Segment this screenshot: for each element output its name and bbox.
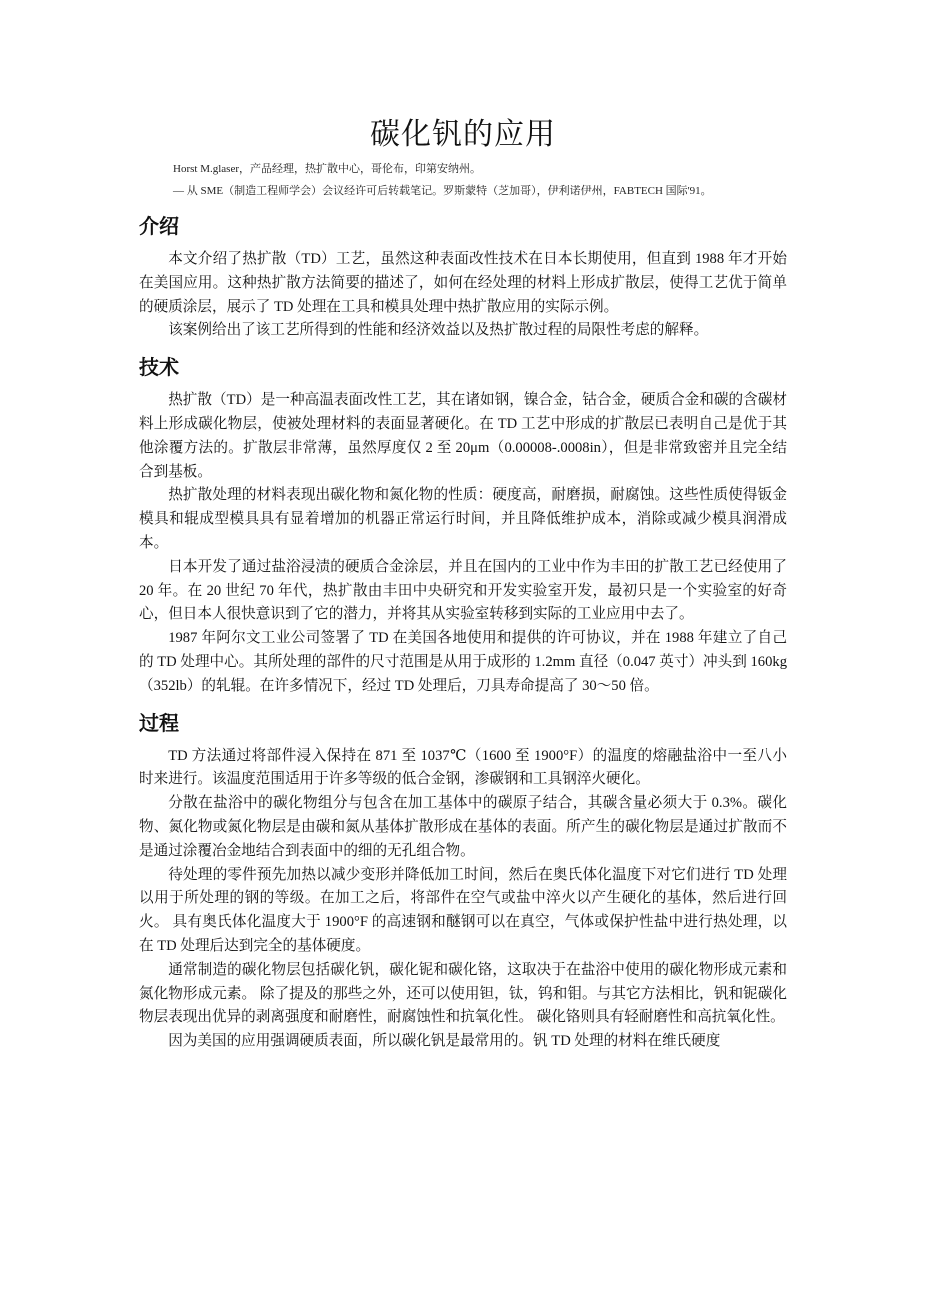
paragraph: 1987 年阿尔文工业公司签署了 TD 在美国各地使用和提供的许可协议，并在 1…	[139, 627, 787, 698]
paragraph: 日本开发了通过盐浴浸渍的硬质合金涂层，并且在国内的工业中作为丰田的扩散工艺已经使…	[139, 556, 787, 627]
paragraph: 热扩散处理的材料表现出碳化物和氮化物的性质：硬度高，耐磨损，耐腐蚀。这些性质使得…	[139, 484, 787, 555]
paragraph: 该案例给出了该工艺所得到的性能和经济效益以及热扩散过程的局限性考虑的解释。	[139, 319, 787, 343]
author-line: Horst M.glaser，产品经理，热扩散中心，哥伦布，印第安纳州。	[139, 158, 787, 180]
paragraph: 本文介绍了热扩散（TD）工艺，虽然这种表面改性技术在日本长期使用，但直到 198…	[139, 248, 787, 319]
paragraph: 因为美国的应用强调硬质表面，所以碳化钒是最常用的。钒 TD 处理的材料在维氏硬度	[139, 1030, 787, 1054]
source-note: — 从 SME（制造工程师学会）会议经许可后转载笔记。罗斯蒙特（芝加哥），伊利诺…	[139, 180, 787, 202]
paragraph: TD 方法通过将部件浸入保持在 871 至 1037℃（1600 至 1900°…	[139, 745, 787, 793]
section-technology: 技术 热扩散（TD）是一种高温表面改性工艺，其在诸如钢，镍合金，钴合金，硬质合金…	[139, 349, 787, 698]
paragraph: 分散在盐浴中的碳化物组分与包含在加工基体中的碳原子结合，其碳含量必须大于 0.3…	[139, 792, 787, 863]
document-page: 碳化钒的应用 Horst M.glaser，产品经理，热扩散中心，哥伦布，印第安…	[139, 112, 787, 1060]
document-title: 碳化钒的应用	[139, 112, 787, 158]
paragraph: 待处理的零件预先加热以减少变形并降低加工时间，然后在奥氏体化温度下对它们进行 T…	[139, 864, 787, 959]
paragraph: 热扩散（TD）是一种高温表面改性工艺，其在诸如钢，镍合金，钴合金，硬质合金和碳的…	[139, 389, 787, 484]
section-heading: 技术	[139, 349, 787, 385]
paragraph: 通常制造的碳化物层包括碳化钒，碳化铌和碳化铬，这取决于在盐浴中使用的碳化物形成元…	[139, 959, 787, 1030]
section-process: 过程 TD 方法通过将部件浸入保持在 871 至 1037℃（1600 至 19…	[139, 705, 787, 1054]
section-heading: 过程	[139, 705, 787, 741]
section-introduction: 介绍 本文介绍了热扩散（TD）工艺，虽然这种表面改性技术在日本长期使用，但直到 …	[139, 208, 787, 343]
section-heading: 介绍	[139, 208, 787, 244]
